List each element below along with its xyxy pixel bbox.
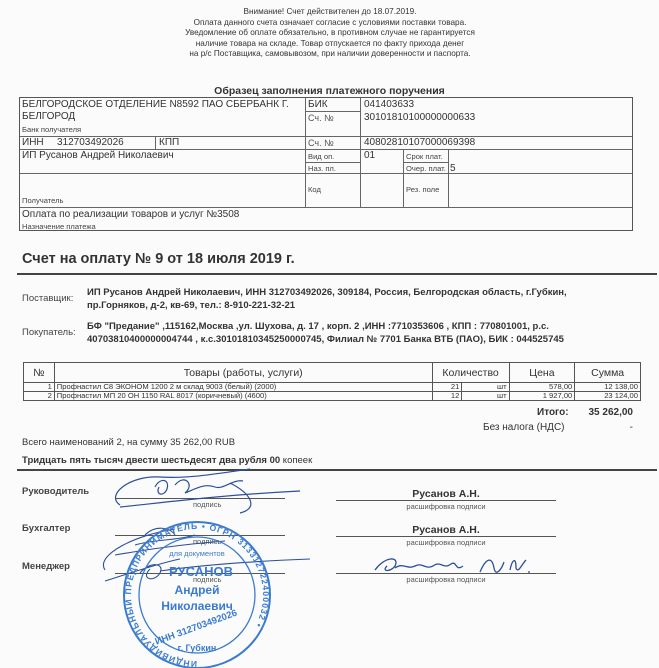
total-label: Итого: xyxy=(537,407,569,418)
buyer-line: 40703810400000004744 , к.с.3010181034525… xyxy=(87,334,564,347)
purpose-caption: Назначение платежа xyxy=(22,222,96,231)
signature-role-director: Руководитель xyxy=(22,486,89,497)
corr-account-label: Сч. № xyxy=(308,113,334,123)
notice-line: на р/с Поставщика, самовывозом, при нали… xyxy=(150,49,510,60)
op-type-label: Вид оп. xyxy=(308,152,334,161)
divider xyxy=(17,273,657,275)
items-count-line: Всего наименований 2, на сумму 35 262,00… xyxy=(22,437,235,448)
op-type-value: 01 xyxy=(364,150,375,161)
vat-label: Без налога (НДС) xyxy=(483,422,565,433)
notice-line: Оплата данного счета означает согласие с… xyxy=(150,18,510,29)
col-qty: Количество xyxy=(432,363,509,383)
bank-name-line1: БЕЛГОРОДСКОЕ ОТДЕЛЕНИЕ N8592 ПАО СБЕРБАН… xyxy=(22,99,289,110)
col-num: № xyxy=(24,363,55,383)
stamp-patronymic: Николаевич xyxy=(161,599,233,613)
stamp-first-name: Андрей xyxy=(175,583,220,597)
notice-line: Внимание! Счет действителен до 18.07.201… xyxy=(150,7,510,18)
col-price: Цена xyxy=(509,363,575,383)
validity-notice: Внимание! Счет действителен до 18.07.201… xyxy=(150,7,510,60)
kpp-label: КПП xyxy=(159,137,179,148)
row-unit: шт xyxy=(462,392,509,401)
row-qty: 12 xyxy=(432,392,462,401)
buyer-line: БФ "Предание" ,115162,Москва ,ул. Шухова… xyxy=(87,321,564,334)
supplier-label: Поставщик: xyxy=(22,293,73,304)
total-value: 35 262,00 xyxy=(583,407,633,418)
row-sum: 23 124,00 xyxy=(575,392,641,401)
signature-name: Русанов А.Н. xyxy=(336,488,556,500)
signature-scribble-director xyxy=(100,465,340,515)
order-value: 5 xyxy=(450,163,456,174)
stamp-inn: ИНН 312703492026 xyxy=(154,608,239,648)
recipient-name: ИП Русанов Андрей Николаевич xyxy=(22,150,174,161)
invoice-title: Счет на оплату № 9 от 18 июля 2019 г. xyxy=(22,251,295,267)
buyer-details: БФ "Предание" ,115162,Москва ,ул. Шухова… xyxy=(87,321,564,346)
stamp-city: г. Губкин xyxy=(178,643,217,653)
stamp-inner-top: для документов xyxy=(169,549,224,558)
order-label: Очер. плат. xyxy=(406,164,446,173)
col-goods: Товары (работы, услуги) xyxy=(54,363,432,383)
supplier-line: пр.Горняков, д-2, кв-69, тел.: 8-910-221… xyxy=(87,300,567,313)
row-price: 1 927,00 xyxy=(509,392,575,401)
name-caption: расшифровка подписи xyxy=(336,538,556,547)
table-row: 2 Профнастил МП 20 ОН 1150 RAL 8017 (кор… xyxy=(24,392,641,401)
company-stamp: ИНДИВИДУАЛЬНЫЙ ПРЕДПРИНИМАТЕЛЬ • ОГРН 31… xyxy=(115,518,280,668)
signature-name: Русанов А.Н. xyxy=(336,524,556,536)
col-sum: Сумма xyxy=(575,363,641,383)
stamp-surname: РУСАНОВ xyxy=(169,564,233,579)
notice-line: наличие товара на складе. Товар отпускае… xyxy=(150,39,510,50)
account-value: 40802810107000069398 xyxy=(364,137,475,148)
term-label: Срок плат. xyxy=(406,152,443,161)
payment-form: БЕЛГОРОДСКОЕ ОТДЕЛЕНИЕ N8592 ПАО СБЕРБАН… xyxy=(19,97,633,231)
supplier-line: ИП Русанов Андрей Николаевич, ИНН 312703… xyxy=(87,287,567,300)
signature-role-manager: Менеджер xyxy=(22,561,70,572)
row-name: Профнастил МП 20 ОН 1150 RAL 8017 (корич… xyxy=(54,392,432,401)
bank-caption: Банк получателя xyxy=(22,125,81,134)
corr-account-value: 30101810100000000633 xyxy=(364,112,475,123)
name-line xyxy=(336,536,556,537)
recipient-caption: Получатель xyxy=(22,196,64,205)
name-line xyxy=(336,500,556,501)
items-table: № Товары (работы, услуги) Количество Цен… xyxy=(23,362,641,401)
code-label: Код xyxy=(308,185,321,194)
pay-purpose-label: Наз. пл. xyxy=(308,164,336,173)
row-num: 2 xyxy=(24,392,55,401)
signature-scribble-manager-name xyxy=(370,550,540,578)
inn-label: ИНН xyxy=(22,137,44,148)
bank-name-line2: БЕЛГОРОД xyxy=(22,111,75,122)
signature-role-accountant: Бухгалтер xyxy=(22,523,70,534)
notice-line: Уведомление об оплате обязательно, в про… xyxy=(150,28,510,39)
payment-form-title: Образец заполнения платежного поручения xyxy=(0,85,659,97)
account-label: Сч. № xyxy=(308,138,334,148)
buyer-label: Покупатель: xyxy=(22,327,76,338)
vat-value: - xyxy=(583,422,633,433)
bik-value: 041403633 xyxy=(364,99,414,110)
supplier-details: ИП Русанов Андрей Николаевич, ИНН 312703… xyxy=(87,287,567,312)
items-table-header: № Товары (работы, услуги) Количество Цен… xyxy=(24,363,641,383)
name-caption: расшифровка подписи xyxy=(336,502,556,511)
reserve-label: Рез. поле xyxy=(406,185,439,194)
inn-value: 312703492026 xyxy=(57,137,124,148)
bik-label: БИК xyxy=(308,99,328,110)
purpose-text: Оплата по реализации товаров и услуг №35… xyxy=(22,209,239,220)
